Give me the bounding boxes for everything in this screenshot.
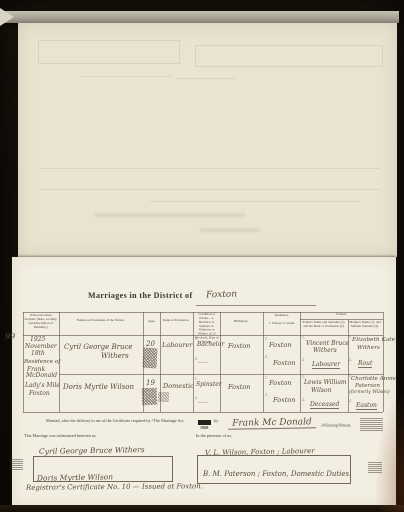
residence-marker-1: 1. (265, 337, 268, 341)
header-names: Names and Surnames of the Parties. (60, 319, 142, 326)
residence-marker-2: 2. (265, 355, 268, 359)
groom-father2: Withers (313, 347, 337, 354)
header-text: Birthplace. (221, 320, 262, 324)
act-year: 1908 (200, 426, 208, 430)
header-text: Residence. (264, 314, 299, 318)
bride-father-rank: Deceased (310, 401, 339, 409)
redacted-block (198, 420, 211, 425)
photo-edge-rust (374, 392, 404, 512)
table-line (59, 374, 383, 375)
showthrough-line (40, 189, 380, 190)
header-text: When and where married. (Date, Locality,… (24, 314, 58, 330)
showthrough-line (80, 76, 172, 77)
when-where-line: McDonald (26, 372, 57, 379)
header-text: Ages. (144, 320, 159, 324)
header-mother: Mother's Name (1), and Maiden Surname (2… (349, 321, 382, 335)
bride-rank: Domestic (163, 382, 194, 390)
bride-residence2: Foxton (273, 396, 295, 404)
photo-edge (0, 505, 404, 512)
groom-condition: Bachelor (197, 341, 224, 348)
groom-residence2: Foxton (273, 359, 295, 367)
bride-age: 19 (146, 379, 155, 387)
bride-name: Doris Myrtle Wilson (63, 383, 134, 391)
header-parents: Parents. (301, 313, 382, 320)
showthrough-line (150, 201, 360, 202)
groom-birthplace: Foxton (228, 342, 250, 350)
bride-condition: Spinster (196, 381, 222, 388)
groom-mother-maiden: Rout (358, 360, 372, 368)
header-father: Father's Name and Surname (1), and his R… (301, 321, 347, 335)
fine-print-block (10, 459, 23, 471)
groom-rank: Labourer (162, 341, 193, 349)
registrar-note: Registrar's Certificate No. 10 — Issued … (26, 482, 203, 492)
book-binding-strip (5, 11, 399, 23)
header-text: Father's Name and Surname (1), and his R… (301, 321, 347, 329)
minister-signature: Frank Mc Donald (228, 417, 316, 430)
residence-marker-2: 2. (265, 393, 268, 397)
solemnized-label: This Marriage was solemnized between us, (24, 434, 97, 438)
groom-name2: Withers (101, 352, 129, 360)
bride-father2: Wilson (311, 387, 331, 394)
header-text: Names and Surnames of the Parties. (60, 319, 142, 323)
groom-mother: Elizabeth Kate (352, 337, 395, 343)
showthrough-smudge (95, 213, 245, 217)
entry-number: 99 (5, 332, 15, 341)
when-where-line: 18th (31, 350, 45, 357)
when-where-line: 1925 (30, 336, 45, 343)
groom-condition2: —— (198, 360, 208, 366)
page-corner (0, 8, 14, 26)
party-signature-1: Cyril George Bruce Withers (39, 445, 145, 456)
married-by: by (214, 419, 218, 423)
presence-label: In the presence of us, (196, 434, 232, 438)
header-text: Parents. (301, 313, 382, 317)
header-text: Mother's Name (1), and Maiden Surname (2… (349, 321, 382, 329)
crossed-out-stamp (158, 392, 169, 402)
crossed-out-stamp (142, 348, 157, 369)
father-marker-1: 1. (302, 336, 305, 340)
father-marker-2: 2. (302, 398, 305, 402)
showthrough-box (195, 45, 383, 67)
bride-father: Lewis William (304, 379, 347, 386)
table-line (23, 412, 383, 413)
bride-birthplace: Foxton (228, 383, 250, 391)
bride-mother2: Paterson (355, 383, 380, 389)
header-ages: Ages. (144, 320, 159, 327)
district-handwritten: Foxton (206, 289, 237, 300)
when-where-line: November (25, 343, 57, 350)
father-marker-2: 2. (302, 358, 305, 362)
witness-signature-2: B. M. Paterson ; Foxton, Domestic Duties… (203, 470, 351, 478)
bride-mother: Charlotte Annie (351, 376, 396, 382)
header-birthplace: Birthplace. (221, 320, 262, 327)
mother-marker-2: 2. (349, 399, 352, 403)
header-residence: Residence. (264, 314, 299, 321)
page-title: Marriages in the District of (88, 291, 193, 300)
header-text: 1. Present. 2. Usual. (264, 322, 299, 326)
bride-residence1: Foxton (269, 379, 291, 387)
showthrough-box (38, 40, 180, 64)
showthrough-line (176, 78, 236, 79)
when-where-line: Foxton (29, 390, 50, 397)
groom-age: 20 (146, 340, 155, 348)
bride-condition2: —— (198, 400, 208, 406)
showthrough-line (40, 168, 380, 169)
crossed-out-stamp (142, 388, 158, 406)
groom-father-rank: Labourer (312, 361, 340, 369)
district-underline (196, 305, 316, 306)
groom-residence1: Foxton (269, 341, 291, 349)
party-signature-2: Doris Myrtle Wilson (37, 472, 113, 482)
groom-mother2: Withers (357, 345, 380, 351)
mother-marker-2: 2. (349, 358, 352, 362)
groom-father: Vincent Bruce (306, 340, 349, 347)
showthrough-smudge (200, 228, 260, 232)
minister-title: , Officiating Minister. (320, 424, 351, 428)
photo-background: Marriages in the District of Foxton When… (0, 0, 404, 512)
residence-marker-1: 1. (265, 376, 268, 380)
header-residence-sub: 1. Present. 2. Usual. (264, 322, 299, 329)
header-rank: Rank or Profession. (161, 319, 192, 326)
when-where-line: Lady's Mile (25, 382, 60, 389)
when-where-line: Residence of (24, 359, 60, 365)
married-line-prefix: Married, after the delivery to me of the… (46, 419, 184, 423)
groom-name: Cyril George Bruce (64, 343, 133, 351)
header-text: Rank or Profession. (161, 319, 192, 323)
